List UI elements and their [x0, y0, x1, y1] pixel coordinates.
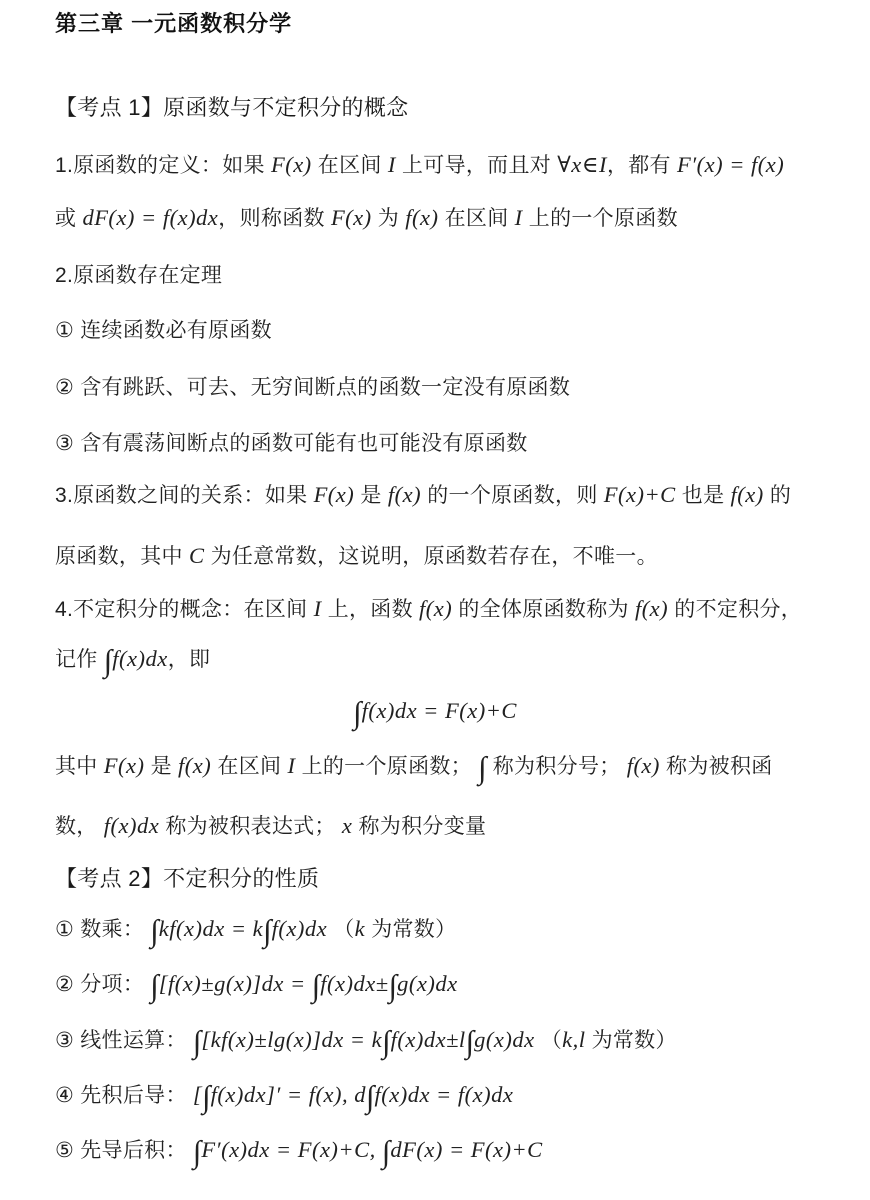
integral-sign: ∫	[104, 643, 113, 678]
math-expression: F(x)+C	[604, 482, 676, 507]
para-existence-theorem: 2.原函数存在定理	[55, 263, 825, 289]
math-expression: ∫F′(x)dx = F(x)+C, ∫dF(x) = F(x)+C	[193, 1137, 543, 1162]
item-oscillation-discontinuity: ③ 含有震荡间断点的函数可能有也可能没有原函数	[55, 431, 825, 457]
math-expression: ∫	[478, 753, 487, 778]
integral-sign: ∫	[382, 1134, 391, 1169]
para-relationship-line-2: 原函数，其中 C 为任意常数，这说明，原函数若存在，不唯一。	[55, 542, 825, 570]
property-differentiate-then-integrate: ⑤ 先导后积： ∫F′(x)dx = F(x)+C, ∫dF(x) = F(x)…	[55, 1136, 825, 1164]
integral-sign: ∫	[263, 913, 272, 948]
para-definition-line-1: 1.原函数的定义：如果 F(x) 在区间 I 上可导，而且对 ∀x∈I，都有 F…	[55, 151, 825, 179]
math-expression: f(x)	[405, 205, 438, 230]
display-formula-indefinite-integral: ∫f(x)dx = F(x)+C	[55, 697, 815, 725]
math-expression: f(x)	[388, 482, 421, 507]
math-expression: f(x)dx	[104, 813, 159, 838]
integral-sign: ∫	[353, 695, 362, 730]
heading-topic-1: 【考点 1】原函数与不定积分的概念	[55, 94, 825, 122]
property-term-split: ② 分项： ∫[f(x)±g(x)]dx = ∫f(x)dx±∫g(x)dx	[55, 970, 825, 998]
math-expression: F(x)	[314, 482, 355, 507]
math-expression: ∫[kf(x)±lg(x)]dx = k∫f(x)dx±l∫g(x)dx	[193, 1027, 535, 1052]
math-expression: C	[189, 543, 205, 568]
math-expression: ∫[f(x)±g(x)]dx = ∫f(x)dx±∫g(x)dx	[150, 971, 457, 996]
math-expression: I	[388, 152, 396, 177]
math-expression: ∀x∈I	[557, 152, 607, 177]
math-expression: dF(x) = f(x)dx	[82, 205, 218, 230]
math-expression: ∫f(x)dx	[104, 646, 168, 671]
math-expression: F(x)	[271, 152, 312, 177]
math-expression: ∫kf(x)dx = k∫f(x)dx	[150, 916, 327, 941]
integral-sign: ∫	[193, 1024, 202, 1059]
math-expression: [∫f(x)dx]′ = f(x), d∫f(x)dx = f(x)dx	[193, 1082, 513, 1107]
para-definition-line-2: 或 dF(x) = f(x)dx，则称函数 F(x) 为 f(x) 在区间 I …	[55, 204, 825, 232]
property-scalar-multiple: ① 数乘： ∫kf(x)dx = k∫f(x)dx （k 为常数）	[55, 915, 825, 943]
math-expression: f(x)	[627, 753, 660, 778]
integral-sign: ∫	[202, 1079, 211, 1114]
math-expression: x	[342, 813, 353, 838]
math-expression: ∫f(x)dx = F(x)+C	[353, 698, 517, 723]
heading-topic-2: 【考点 2】不定积分的性质	[55, 865, 825, 893]
para-terminology-line-2: 数， f(x)dx 称为被积表达式； x 称为积分变量	[55, 812, 825, 840]
para-relationship-line-1: 3.原函数之间的关系：如果 F(x) 是 f(x) 的一个原函数，则 F(x)+…	[55, 481, 825, 509]
para-terminology-line-1: 其中 F(x) 是 f(x) 在区间 I 上的一个原函数； ∫ 称为积分号； f…	[55, 752, 825, 780]
integral-sign: ∫	[389, 968, 398, 1003]
integral-sign: ∫	[193, 1134, 202, 1169]
math-expression: f(x)	[731, 482, 764, 507]
math-expression: I	[515, 205, 523, 230]
integral-sign: ∫	[478, 750, 487, 785]
math-expression: k	[355, 916, 366, 941]
integral-sign: ∫	[366, 1079, 375, 1114]
chapter-title: 第三章 一元函数积分学	[55, 10, 825, 38]
item-jump-discontinuity: ② 含有跳跃、可去、无穷间断点的函数一定没有原函数	[55, 375, 825, 401]
math-expression: F(x)	[104, 753, 145, 778]
math-expression: f(x)	[419, 596, 452, 621]
math-expression: f(x)	[635, 596, 668, 621]
math-expression: f(x)	[178, 753, 211, 778]
integral-sign: ∫	[150, 913, 159, 948]
para-indefinite-concept-line-1: 4.不定积分的概念：在区间 I 上，函数 f(x) 的全体原函数称为 f(x) …	[55, 595, 825, 623]
integral-sign: ∫	[466, 1024, 475, 1059]
item-continuous-function: ① 连续函数必有原函数	[55, 318, 825, 344]
integral-sign: ∫	[312, 968, 321, 1003]
integral-sign: ∫	[150, 968, 159, 1003]
math-expression: k,l	[562, 1027, 585, 1052]
property-integrate-then-differentiate: ④ 先积后导： [∫f(x)dx]′ = f(x), d∫f(x)dx = f(…	[55, 1081, 825, 1109]
para-indefinite-concept-line-2: 记作 ∫f(x)dx，即	[55, 645, 825, 673]
document-page: 第三章 一元函数积分学 【考点 1】原函数与不定积分的概念 1.原函数的定义：如…	[0, 0, 870, 1200]
math-expression: I	[287, 753, 295, 778]
math-expression: F(x)	[331, 205, 372, 230]
property-linear-operation: ③ 线性运算： ∫[kf(x)±lg(x)]dx = k∫f(x)dx±l∫g(…	[55, 1026, 825, 1054]
math-expression: I	[314, 596, 322, 621]
integral-sign: ∫	[382, 1024, 391, 1059]
math-expression: F′(x) = f(x)	[677, 152, 784, 177]
